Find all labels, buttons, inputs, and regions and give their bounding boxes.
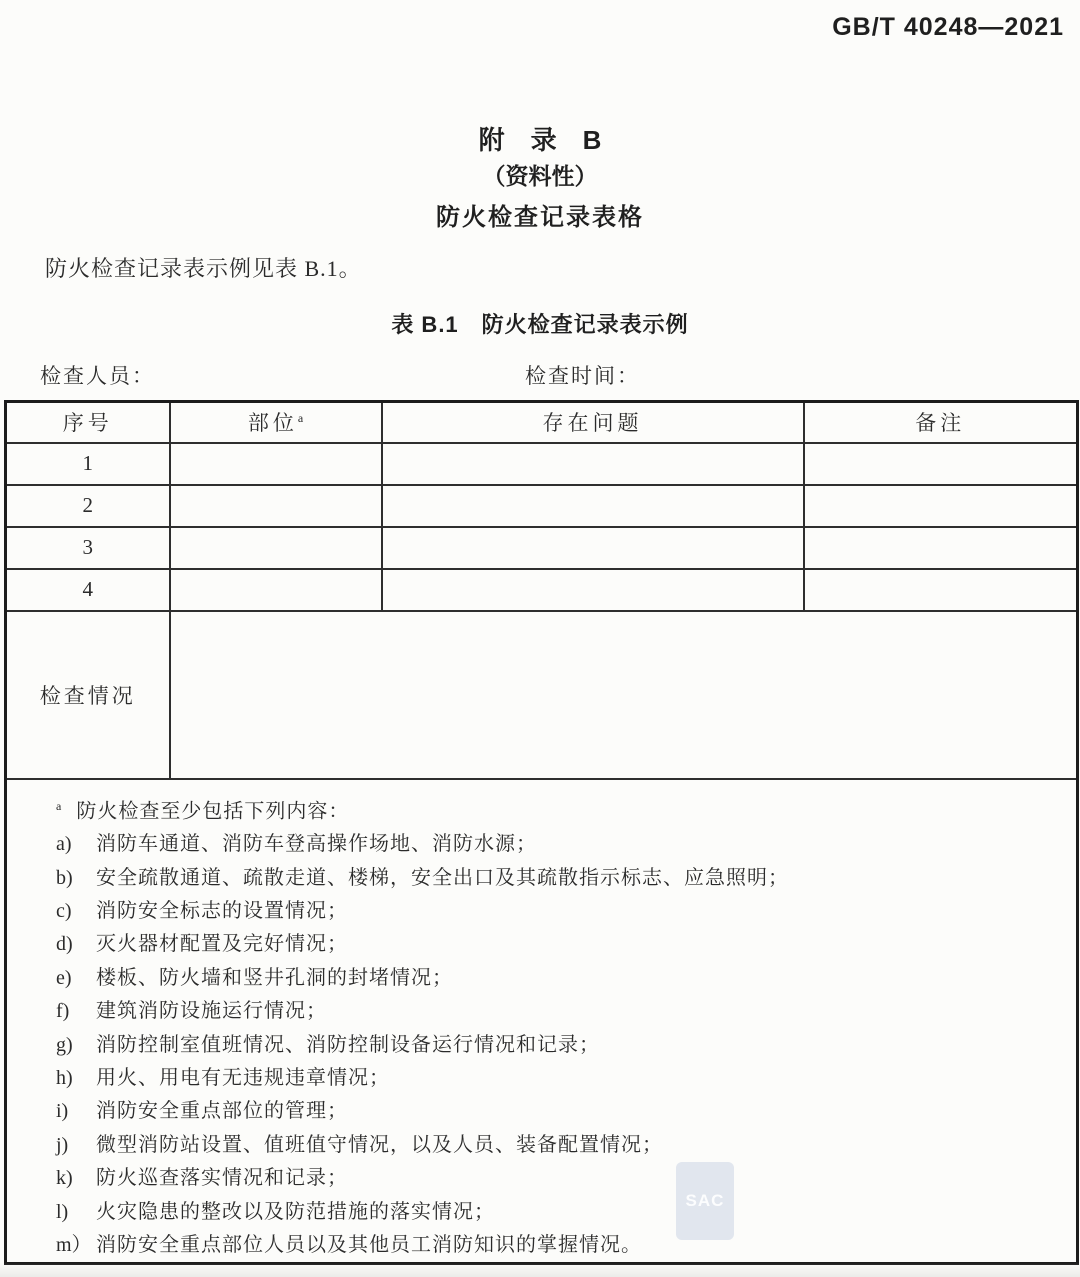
footnote-item-letter: g)	[56, 1029, 96, 1062]
empty-cell	[382, 527, 804, 569]
status-value-cell	[170, 611, 1078, 779]
col-header-location-text: 部位	[248, 411, 298, 435]
footnote-item-letter: c)	[56, 895, 96, 928]
table-row: 1	[6, 443, 1078, 485]
empty-cell	[382, 485, 804, 527]
footnote-item-letter: l)	[56, 1196, 96, 1229]
footnote-item: b)安全疏散通道、疏散走道、楼梯，安全出口及其疏散指示标志、应急照明；	[56, 862, 1062, 895]
empty-cell	[804, 527, 1078, 569]
footnote-item-letter: a)	[56, 828, 96, 861]
footnote-item-text: 消防车通道、消防车登高操作场地、消防水源；	[96, 828, 1062, 861]
footnote-item-letter: k)	[56, 1162, 96, 1195]
empty-cell	[170, 443, 382, 485]
footnote-ref-a: a	[298, 411, 303, 425]
footnote-item-text: 消防安全标志的设置情况；	[96, 895, 1062, 928]
footnote-item: k)防火巡查落实情况和记录；	[56, 1162, 1062, 1195]
footnote-item: e)楼板、防火墙和竖井孔洞的封堵情况；	[56, 962, 1062, 995]
footnote-item-text: 楼板、防火墙和竖井孔洞的封堵情况；	[96, 962, 1062, 995]
table-row: 2	[6, 485, 1078, 527]
footnote-item-letter: j)	[56, 1129, 96, 1162]
inspector-label: 检查人员：	[40, 360, 155, 390]
footnote-item: m）消防安全重点部位人员以及其他员工消防知识的掌握情况。	[56, 1229, 1062, 1262]
footnote-item: h)用火、用电有无违规违章情况；	[56, 1062, 1062, 1095]
footnote-item: g)消防控制室值班情况、消防控制设备运行情况和记录；	[56, 1029, 1062, 1062]
footnote-item-text: 消防控制室值班情况、消防控制设备运行情况和记录；	[96, 1029, 1062, 1062]
table-caption: 表 B.1 防火检查记录表示例	[0, 308, 1080, 339]
table-row: 4	[6, 569, 1078, 611]
footnote-item-text: 火灾隐患的整改以及防范措施的落实情况；	[96, 1196, 1062, 1229]
footnote-intro-text: 防火检查至少包括下列内容：	[76, 800, 349, 822]
footnote-item-text: 用火、用电有无违规违章情况；	[96, 1062, 1062, 1095]
footnote-item-letter: m）	[56, 1229, 96, 1262]
footnote-item-letter: h)	[56, 1062, 96, 1095]
status-row: 检查情况	[6, 611, 1078, 779]
empty-cell	[382, 443, 804, 485]
footnote-row: a防火检查至少包括下列内容： a)消防车通道、消防车登高操作场地、消防水源；b)…	[6, 779, 1078, 1264]
footnote-item: c)消防安全标志的设置情况；	[56, 895, 1062, 928]
empty-cell	[170, 485, 382, 527]
col-header-remarks: 备注	[804, 402, 1078, 443]
footnote-intro: a防火检查至少包括下列内容：	[56, 790, 1062, 829]
footnote-items: a)消防车通道、消防车登高操作场地、消防水源；b)安全疏散通道、疏散走道、楼梯，…	[56, 828, 1062, 1262]
appendix-title: 附 录 B	[0, 120, 1080, 157]
footnote-item-text: 防火巡查落实情况和记录；	[96, 1162, 1062, 1195]
row-number-cell: 1	[6, 443, 170, 485]
footnote-item-letter: d)	[56, 928, 96, 961]
empty-cell	[804, 569, 1078, 611]
footnote-marker: a	[56, 799, 62, 813]
footnote-item: l)火灾隐患的整改以及防范措施的落实情况；	[56, 1196, 1062, 1229]
footnote-item-text: 建筑消防设施运行情况；	[96, 995, 1062, 1028]
empty-cell	[382, 569, 804, 611]
time-label: 检查时间：	[525, 360, 640, 390]
footnote-item-text: 消防安全重点部位的管理；	[96, 1095, 1062, 1128]
status-label: 检查情况	[6, 611, 170, 779]
row-number-cell: 4	[6, 569, 170, 611]
footnote-item: d)灭火器材配置及完好情况；	[56, 928, 1062, 961]
appendix-heading: 防火检查记录表格	[0, 197, 1080, 232]
col-header-location: 部位a	[170, 402, 382, 443]
col-header-no: 序号	[6, 402, 170, 443]
intro-text: 防火检查记录表示例见表 B.1。	[45, 252, 362, 283]
doc-number: GB/T 40248—2021	[832, 13, 1064, 42]
footnote-item: i)消防安全重点部位的管理；	[56, 1095, 1062, 1128]
footnote-item: a)消防车通道、消防车登高操作场地、消防水源；	[56, 828, 1062, 861]
inspection-record-table: 序号 部位a 存在问题 备注 1234 检查情况 a防火检查至少包括下列内容： …	[4, 400, 1079, 1265]
footnote-item: j)微型消防站设置、值班值守情况，以及人员、装备配置情况；	[56, 1129, 1062, 1162]
empty-cell	[170, 569, 382, 611]
footnote-item-text: 灭火器材配置及完好情况；	[96, 928, 1062, 961]
footnote-item-text: 消防安全重点部位人员以及其他员工消防知识的掌握情况。	[96, 1229, 1062, 1262]
empty-cell	[804, 443, 1078, 485]
col-header-problems: 存在问题	[382, 402, 804, 443]
appendix-subtitle: （资料性）	[0, 158, 1080, 191]
footnote-item-letter: f)	[56, 995, 96, 1028]
footnote-item-letter: e)	[56, 962, 96, 995]
row-number-cell: 2	[6, 485, 170, 527]
empty-cell	[804, 485, 1078, 527]
empty-cell	[170, 527, 382, 569]
footnote-item-text: 安全疏散通道、疏散走道、楼梯，安全出口及其疏散指示标志、应急照明；	[96, 862, 1062, 895]
table-header-row: 序号 部位a 存在问题 备注	[6, 402, 1078, 443]
footnote-item-letter: b)	[56, 862, 96, 895]
row-number-cell: 3	[6, 527, 170, 569]
table-row: 3	[6, 527, 1078, 569]
footnote-item-text: 微型消防站设置、值班值守情况，以及人员、装备配置情况；	[96, 1129, 1062, 1162]
footnote-item: f)建筑消防设施运行情况；	[56, 995, 1062, 1028]
footnote-cell: a防火检查至少包括下列内容： a)消防车通道、消防车登高操作场地、消防水源；b)…	[6, 779, 1078, 1264]
footnote-item-letter: i)	[56, 1095, 96, 1128]
